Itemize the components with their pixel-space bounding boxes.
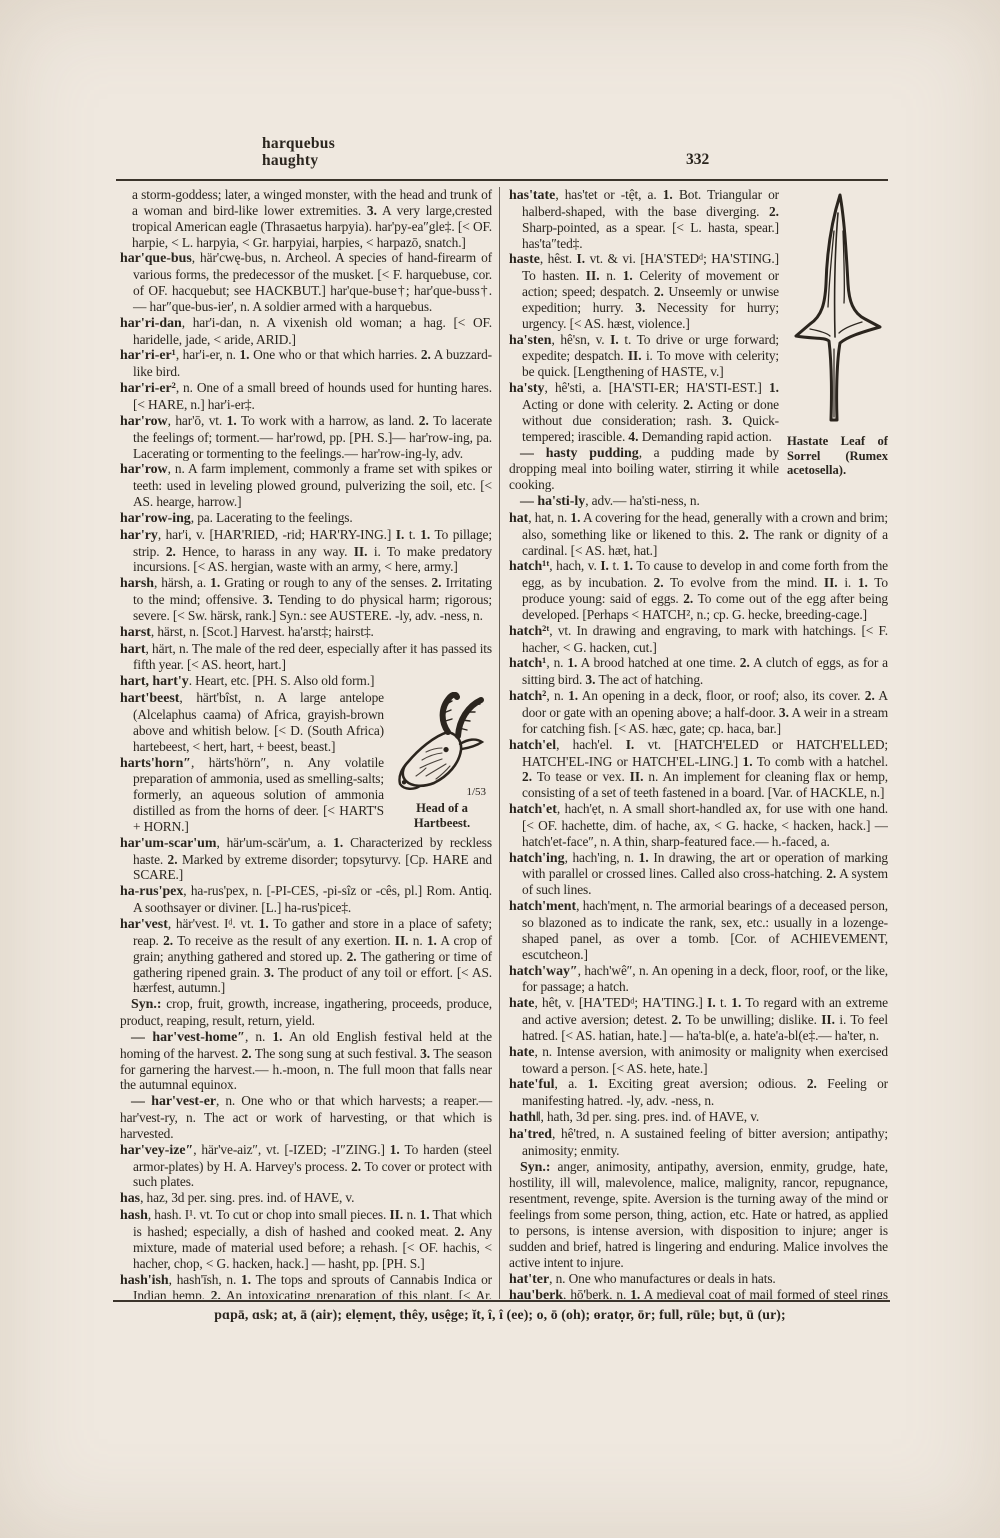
dictionary-entry: hart, härt, n. The male of the red deer,… (120, 641, 492, 674)
hartebeest-figure-caption: Head of a Hartbeest. (392, 801, 492, 830)
footer-rule (113, 1300, 890, 1302)
dictionary-entry: hat'ter, n. One who manufactures or deal… (509, 1271, 888, 1288)
dictionary-entry: hash'ish, hash'īsh, n. 1. The tops and s… (120, 1272, 492, 1299)
dictionary-entry: a storm-goddess; later, a winged monster… (120, 187, 492, 250)
running-head-top: harquebus (262, 136, 335, 153)
dictionary-entry: hat, hat, n. 1. A covering for the head,… (509, 510, 888, 559)
dictionary-entry: har'um-scar'um, här'um-scär'um, a. 1. Ch… (120, 835, 492, 884)
dictionary-entry: hatch¹ᵗ, hach, v. I. t. 1. To cause to d… (509, 558, 888, 622)
pronunciation-key: pɑpā, ɑsk; at, ā (air); elẹmẹnt, thêy, u… (0, 1307, 1000, 1323)
dictionary-entry: har'ri-er², n. One of a small breed of h… (120, 380, 492, 413)
left-column: a storm-goddess; later, a winged monster… (120, 187, 499, 1299)
running-head-bottom: haughty (262, 153, 335, 170)
dictionary-entry: hatch²ᵗ, vt. In drawing and engraving, t… (509, 623, 888, 656)
dictionary-entry: har'ri-dan, har'i-dan, n. A vixenish old… (120, 315, 492, 348)
dictionary-entry: har'row, n. A farm implement, commonly a… (120, 461, 492, 510)
dictionary-entry: hatch'et, hach'ẹt, n. A small short-hand… (509, 801, 888, 850)
dictionary-entry: ha'tred, hê'tred, n. A sustained feeling… (509, 1126, 888, 1159)
dictionary-entry: hatch'ing, hach'ing, n. 1. In drawing, t… (509, 850, 888, 899)
dictionary-entry: har'que-bus, här'cwę-bus, n. Archeol. A … (120, 250, 492, 314)
sorrel-leaf-figure: Hastate Leaf of Sorrel (Rumex aceto­sell… (787, 189, 888, 478)
dictionary-entry: hath‖, hath, 3d per. sing. pres. ind. of… (509, 1109, 888, 1126)
header-rule (116, 179, 888, 181)
dictionary-entry: hash, hash. I¹. vt. To cut or chop into … (120, 1207, 492, 1271)
dictionary-entry: hatch¹, n. 1. A brood hatched at one tim… (509, 655, 888, 688)
dictionary-entry: har'row, har'ō, vt. 1. To work with a ha… (120, 413, 492, 462)
page-header: harquebus haughty (262, 136, 335, 169)
dictionary-entry: hatch'el, hach'el. I. vt. [HATCH'ELED or… (509, 737, 888, 801)
dictionary-entry: har'vest, här'vest. Iᵈ. vt. 1. To gather… (120, 916, 492, 996)
right-column: Hastate Leaf of Sorrel (Rumex aceto­sell… (500, 187, 888, 1299)
dictionary-entry: hart, hart'y. Heart, etc. [PH. S. Also o… (120, 673, 492, 690)
dictionary-page: harquebus haughty 332 a storm-goddess; l… (0, 0, 1000, 1538)
dictionary-entry: hatch², n. 1. An opening in a deck, floo… (509, 688, 888, 737)
dictionary-entry: hate, hêt, v. [HA'TEDᵈ; HA'TING.] I. t. … (509, 995, 888, 1044)
hartebeest-figure: 1/53 Head of a Hartbeest. (392, 692, 492, 830)
dictionary-entry: has, haz, 3d per. sing. pres. ind. of HA… (120, 1190, 492, 1207)
sub-entry: — har'vest-home″, n. 1. An old English f… (120, 1029, 492, 1093)
dictionary-entry: har'vey-ize″, här've-aiz″, vt. [-IZED; -… (120, 1142, 492, 1191)
dictionary-entry: hate, n. Intense aversion, with animosit… (509, 1044, 888, 1077)
hastate-leaf-illustration (790, 189, 886, 431)
page-number: 332 (686, 151, 709, 169)
dictionary-entry: harsh, härsh, a. 1. Grating or rough to … (120, 575, 492, 624)
hartebeest-head-illustration (396, 692, 488, 796)
dictionary-entry: har'ri-er¹, har'i-er, n. 1. One who or t… (120, 347, 492, 380)
text-columns: a storm-goddess; later, a winged monster… (120, 187, 888, 1299)
sub-entry: Syn.: crop, fruit, growth, increase, ing… (120, 996, 492, 1029)
column-divider-rule (499, 187, 500, 1299)
dictionary-entry: hau'berk, hō'bẹrk, n. 1. A medieval coat… (509, 1287, 888, 1299)
dictionary-entry: har'row-ing, pa. Lacerating to the feeli… (120, 510, 492, 527)
dictionary-entry: harst, härst, n. [Scot.] Harvest. ha'ars… (120, 624, 492, 641)
dictionary-entry: har'ry, har'i, v. [HAR'RIED, -rid; HAR'R… (120, 527, 492, 576)
dictionary-entry: ha-rus'pex, ha-rus'pex, n. [-PI-CES, -pi… (120, 883, 492, 916)
dictionary-entry: hate'ful, a. 1. Exciting great aversion;… (509, 1076, 888, 1109)
sub-entry: — ha'sti-ly, adv.— ha'sti-ness, n. (509, 493, 888, 510)
sub-entry: — har'vest-er, n. One who or that which … (120, 1093, 492, 1142)
sub-entry: Syn.: anger, animosity, antipathy, avers… (509, 1159, 888, 1271)
dictionary-entry: hatch'way″, hach'wê″, n. An opening in a… (509, 963, 888, 996)
dictionary-entry: hatch'ment, hach'mẹnt, n. The armorial b… (509, 898, 888, 962)
sorrel-leaf-figure-caption: Hastate Leaf of Sorrel (Rumex aceto­sell… (787, 434, 888, 478)
